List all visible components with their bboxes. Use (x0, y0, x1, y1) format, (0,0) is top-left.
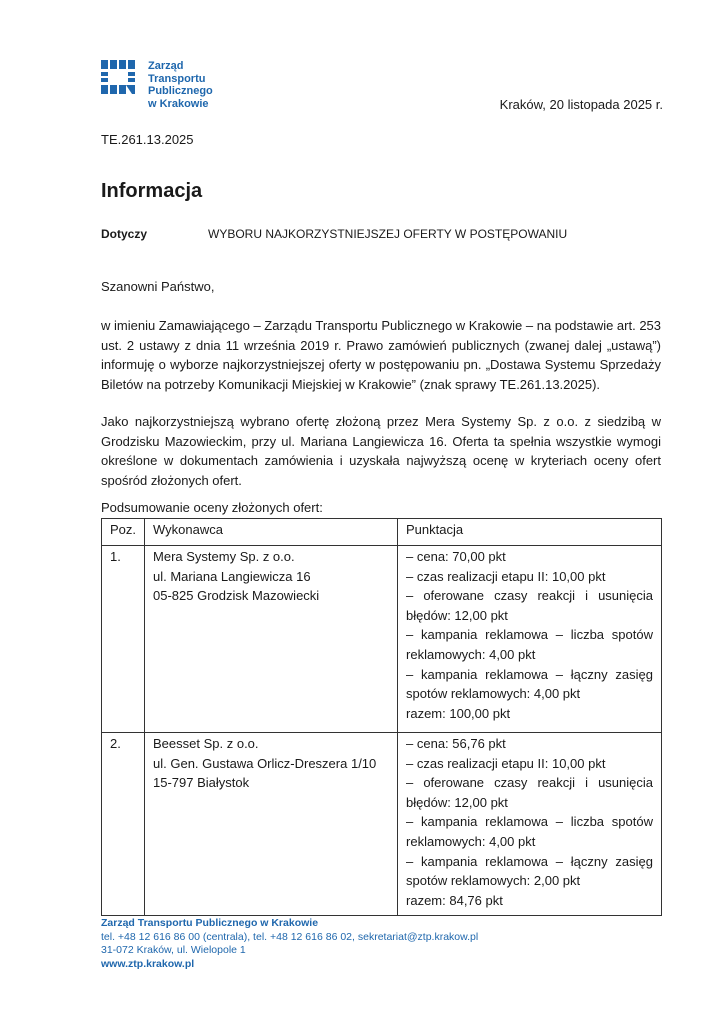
score-total: razem: 100,00 pkt (406, 704, 653, 724)
row-contractor: Mera Systemy Sp. z o.o. ul. Mariana Lang… (145, 546, 398, 733)
offers-table: Poz. Wykonawca Punktacja 1. Mera Systemy… (101, 518, 662, 916)
row-pos: 2. (102, 733, 145, 916)
score-line: – czas realizacji etapu II: 10,00 pkt (406, 754, 653, 774)
row-scores: – cena: 70,00 pkt – czas realizacji etap… (398, 546, 662, 733)
table-header-row: Poz. Wykonawca Punktacja (102, 519, 662, 546)
reference-number: TE.261.13.2025 (101, 132, 194, 147)
score-line: – kampania reklamowa – łączny zasięg spo… (406, 852, 653, 891)
header-pos: Poz. (102, 519, 145, 546)
footer-website-link[interactable]: www.ztp.krakow.pl (101, 958, 478, 972)
table-row: 1. Mera Systemy Sp. z o.o. ul. Mariana L… (102, 546, 662, 733)
document-title: Informacja (101, 180, 202, 203)
table-row: 2. Beesset Sp. z o.o. ul. Gen. Gustawa O… (102, 733, 662, 916)
paragraph-selected-offer: Jako najkorzystniejszą wybrano ofertę zł… (101, 412, 661, 490)
document-date: Kraków, 20 listopada 2025 r. (500, 97, 663, 112)
row-pos: 1. (102, 546, 145, 733)
score-line: – cena: 70,00 pkt (406, 547, 653, 567)
score-line: – czas realizacji etapu II: 10,00 pkt (406, 567, 653, 587)
contractor-street: ul. Gen. Gustawa Orlicz-Dreszera 1/10 (153, 754, 389, 774)
score-line: – kampania reklamowa – liczba spotów rek… (406, 625, 653, 664)
organization-logo: Zarząd Transportu Publicznego w Krakowie (101, 60, 241, 100)
row-contractor: Beesset Sp. z o.o. ul. Gen. Gustawa Orli… (145, 733, 398, 916)
header-contractor: Wykonawca (145, 519, 398, 546)
score-line: – oferowane czasy reakcji i usunięcia bł… (406, 773, 653, 812)
subject-text: WYBORU NAJKORZYSTNIEJSZEJ OFERTY W POSTĘ… (208, 227, 567, 241)
header-score: Punktacja (398, 519, 662, 546)
contractor-city: 05-825 Grodzisk Mazowiecki (153, 586, 389, 606)
table-caption: Podsumowanie oceny złożonych ofert: (101, 500, 323, 515)
contractor-street: ul. Mariana Langiewicza 16 (153, 567, 389, 587)
row-scores: – cena: 56,76 pkt – czas realizacji etap… (398, 733, 662, 916)
score-line: – kampania reklamowa – łączny zasięg spo… (406, 665, 653, 704)
subject-label: Dotyczy (101, 227, 147, 241)
contractor-name: Beesset Sp. z o.o. (153, 734, 389, 754)
score-total: razem: 84,76 pkt (406, 891, 653, 911)
footer: Zarząd Transportu Publicznego w Krakowie… (101, 917, 478, 971)
logo-line: Zarząd Transportu (148, 60, 241, 85)
score-line: – kampania reklamowa – liczba spotów rek… (406, 812, 653, 851)
ztp-logo-icon (101, 60, 135, 94)
footer-contact: tel. +48 12 616 86 00 (centrala), tel. +… (101, 931, 478, 945)
logo-line: w Krakowie (148, 98, 241, 111)
footer-org: Zarząd Transportu Publicznego w Krakowie (101, 917, 478, 931)
contractor-name: Mera Systemy Sp. z o.o. (153, 547, 389, 567)
logo-line: Publicznego (148, 85, 241, 98)
footer-address: 31-072 Kraków, ul. Wielopole 1 (101, 944, 478, 958)
paragraph-decision: w imieniu Zamawiającego – Zarządu Transp… (101, 316, 661, 394)
score-line: – cena: 56,76 pkt (406, 734, 653, 754)
greeting: Szanowni Państwo, (101, 279, 214, 294)
logo-text: Zarząd Transportu Publicznego w Krakowie (148, 60, 241, 110)
contractor-city: 15-797 Białystok (153, 773, 389, 793)
score-line: – oferowane czasy reakcji i usunięcia bł… (406, 586, 653, 625)
